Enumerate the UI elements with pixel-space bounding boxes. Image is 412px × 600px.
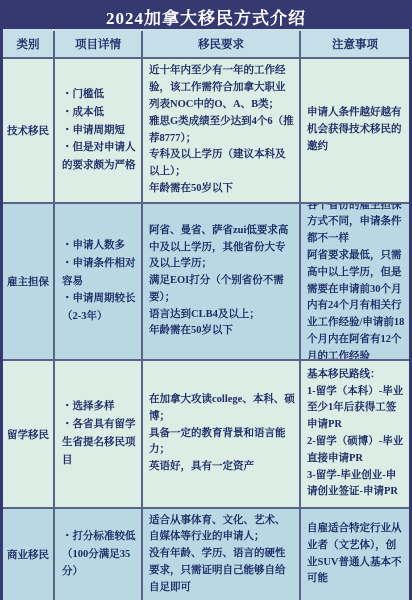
note-item: 申请人条件越好越有机会获得技术移民的邀约 bbox=[307, 105, 406, 155]
notes-cell: 自雇适合特定行业从业者（文艺体），创业SUV普通人基本不可能 bbox=[301, 509, 409, 600]
requirements-cell: 近十年内至少有一年的工作经验，该工作需符合加拿大职业列表NOC中的O、A、B类；… bbox=[143, 59, 301, 202]
detail-item: 成本低 bbox=[62, 104, 136, 122]
requirement-item: 近十年内至少有一年的工作经验，该工作需符合加拿大职业列表NOC中的O、A、B类； bbox=[149, 63, 295, 113]
requirement-item: 雅思G类成绩至少达到4个6（推荐8777）； bbox=[149, 114, 295, 148]
details-cell: 门槛低成本低申请周期短但是对申请人的要求颇为严格 bbox=[55, 59, 143, 202]
requirement-item: 具备一定的教育背景和语言能力； bbox=[149, 426, 295, 460]
table-row-employer-sponsorship: 雇主担保 申请人数多申请条件相对容易申请周期较长（2-3年） 阿省、曼省、萨省z… bbox=[3, 204, 409, 361]
column-header-category: 类别 bbox=[3, 31, 55, 57]
notes-cell: 申请人条件越好越有机会获得技术移民的邀约 bbox=[301, 59, 409, 202]
detail-item: 申请周期较长（2-3年） bbox=[62, 290, 136, 326]
note-item: 各个省份的雇主担保方式不同，申请条件都不一样 bbox=[307, 204, 406, 248]
detail-item: 打分标准较低（100分满足35分） bbox=[62, 528, 136, 582]
category-cell: 留学移民 bbox=[3, 361, 55, 507]
column-header-details: 项目详情 bbox=[55, 31, 143, 57]
requirement-item: 专科及以上学历（建议本科及以上）； bbox=[149, 147, 295, 181]
detail-item: 但是对申请人的要求颇为严格 bbox=[62, 139, 136, 175]
note-item: 自雇适合特定行业从业者（文艺体），创业SUV普通人基本不可能 bbox=[307, 521, 406, 588]
column-header-row: 类别 项目详情 移民要求 注意事项 bbox=[3, 31, 409, 59]
requirement-item: 阿省、曼省、萨省zui低要求高中及以上学历，其他省份大专及以上学历； bbox=[149, 223, 295, 273]
requirement-item: 年龄需在50岁以下 bbox=[149, 323, 295, 340]
requirement-item: 满足EOI打分（个别省份不需要）； bbox=[149, 273, 295, 307]
requirement-item: 在加拿大攻读college、本科、硕博； bbox=[149, 392, 295, 426]
detail-item: 申请周期短 bbox=[62, 122, 136, 140]
category-cell: 商业移民 bbox=[3, 509, 55, 600]
note-item: 1-留学（本科）-毕业至少1年后获得工签申请PR bbox=[307, 384, 406, 434]
table-row-skilled-immigration: 技术移民 门槛低成本低申请周期短但是对申请人的要求颇为严格 近十年内至少有一年的… bbox=[3, 59, 409, 204]
requirement-item: 没有年龄、学历、语言的硬性要求，只需证明自己能够自给自足即可 bbox=[149, 546, 295, 596]
note-item: 阿省要求最低，只需高中以上学历，但是需要在申请前30个月内有24个月有相关行业工… bbox=[307, 248, 406, 359]
requirement-item: 适合从事体育、文化、艺术、自媒体等行业的申请人； bbox=[149, 513, 295, 547]
table-row-study-immigration: 留学移民 选择多样各省具有留学生省提名移民项目 在加拿大攻读college、本科… bbox=[3, 361, 409, 509]
details-cell: 选择多样各省具有留学生省提名移民项目 bbox=[55, 361, 143, 507]
detail-item: 申请条件相对容易 bbox=[62, 255, 136, 291]
requirement-item: 语言达到CLB4及以上； bbox=[149, 307, 295, 324]
notes-cell: 各个省份的雇主担保方式不同，申请条件都不一样阿省要求最低，只需高中以上学历，但是… bbox=[301, 204, 409, 359]
requirements-cell: 在加拿大攻读college、本科、硕博；具备一定的教育背景和语言能力；英语好，具… bbox=[143, 361, 301, 507]
immigration-methods-table: 2024加拿大移民方式介绍 类别 项目详情 移民要求 注意事项 技术移民 门槛低… bbox=[0, 0, 412, 600]
detail-item: 申请人数多 bbox=[62, 237, 136, 255]
note-item: 3-留学-毕业创业-申请创业签证-申请PR bbox=[307, 468, 406, 502]
table-title: 2024加拿大移民方式介绍 bbox=[106, 4, 306, 29]
note-item: 基本移民路线： bbox=[307, 367, 406, 384]
table-row-business-immigration: 商业移民 打分标准较低（100分满足35分） 适合从事体育、文化、艺术、自媒体等… bbox=[3, 509, 409, 600]
category-cell: 技术移民 bbox=[3, 59, 55, 202]
notes-cell: 基本移民路线：1-留学（本科）-毕业至少1年后获得工签申请PR2-留学（硕博）-… bbox=[301, 361, 409, 507]
detail-item: 门槛低 bbox=[62, 86, 136, 104]
note-item: 2-留学（硕博）-毕业直接申请PR bbox=[307, 434, 406, 468]
requirement-item: 年龄需在50岁以下 bbox=[149, 181, 295, 198]
table-title-bar: 2024加拿大移民方式介绍 bbox=[3, 3, 409, 31]
requirement-item: 英语好，具有一定资产 bbox=[149, 459, 295, 476]
column-header-notes: 注意事项 bbox=[301, 31, 409, 57]
requirements-cell: 阿省、曼省、萨省zui低要求高中及以上学历，其他省份大专及以上学历；满足EOI打… bbox=[143, 204, 301, 359]
column-header-requirements: 移民要求 bbox=[143, 31, 301, 57]
requirements-cell: 适合从事体育、文化、艺术、自媒体等行业的申请人；没有年龄、学历、语言的硬性要求，… bbox=[143, 509, 301, 600]
category-cell: 雇主担保 bbox=[3, 204, 55, 359]
details-cell: 打分标准较低（100分满足35分） bbox=[55, 509, 143, 600]
details-cell: 申请人数多申请条件相对容易申请周期较长（2-3年） bbox=[55, 204, 143, 359]
detail-item: 各省具有留学生省提名移民项目 bbox=[62, 416, 136, 470]
detail-item: 选择多样 bbox=[62, 398, 136, 416]
